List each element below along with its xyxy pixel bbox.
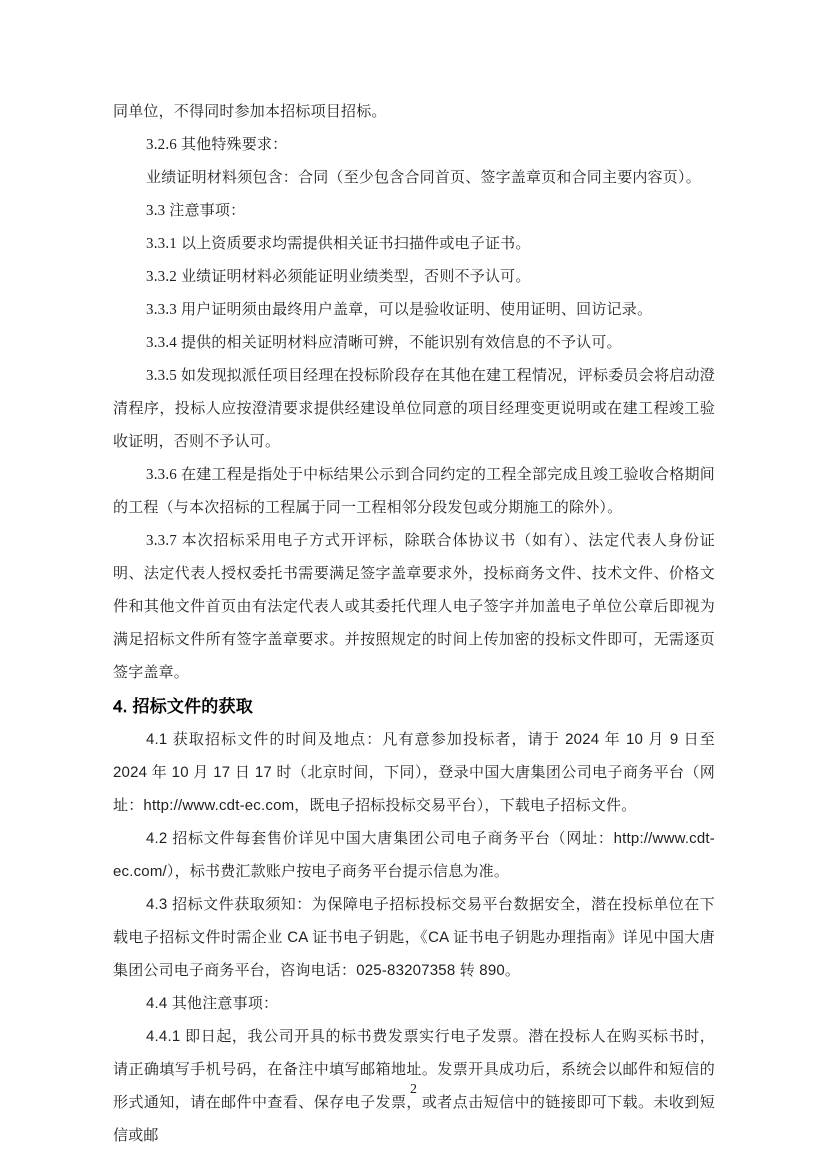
- para-3-3-5: 3.3.5 如发现拟派任项目经理在投标阶段存在其他在建工程情况，评标委员会将启动…: [113, 360, 715, 459]
- para-3-3: 3.3 注意事项：: [113, 195, 715, 228]
- para-3-3-7: 3.3.7 本次招标采用电子方式开评标，除联合体协议书（如有）、法定代表人身份证…: [113, 525, 715, 690]
- para-3-2-6-note: 业绩证明材料须包含：合同（至少包含合同首页、签字盖章页和合同主要内容页）。: [113, 162, 715, 195]
- para-3-3-6: 3.3.6 在建工程是指处于中标结果公示到合同约定的工程全部完成且竣工验收合格期…: [113, 459, 715, 525]
- para-3-3-3: 3.3.3 用户证明须由最终用户盖章，可以是验收证明、使用证明、回访记录。: [113, 294, 715, 327]
- page-number: 2: [0, 1080, 827, 1100]
- para-3-2-6: 3.2.6 其他特殊要求：: [113, 129, 715, 162]
- para-4-2: 4.2 招标文件每套售价详见中国大唐集团公司电子商务平台（网址：http://w…: [113, 822, 715, 888]
- document-page: 同单位，不得同时参加本招标项目招标。 3.2.6 其他特殊要求： 业绩证明材料须…: [0, 0, 827, 1169]
- para-3-2-5-continuation: 同单位，不得同时参加本招标项目招标。: [113, 96, 715, 129]
- para-3-3-2: 3.3.2 业绩证明材料必须能证明业绩类型，否则不予认可。: [113, 261, 715, 294]
- para-4-4: 4.4 其他注意事项：: [113, 987, 715, 1020]
- section-4-heading: 4. 招标文件的获取: [113, 690, 715, 723]
- para-4-3: 4.3 招标文件获取须知：为保障电子招标投标交易平台数据安全，潜在投标单位在下载…: [113, 888, 715, 987]
- para-4-1: 4.1 获取招标文件的时间及地点：凡有意参加投标者，请于 2024 年 10 月…: [113, 723, 715, 822]
- document-body: 同单位，不得同时参加本招标项目招标。 3.2.6 其他特殊要求： 业绩证明材料须…: [113, 96, 715, 1152]
- para-3-3-4: 3.3.4 提供的相关证明材料应清晰可辨，不能识别有效信息的不予认可。: [113, 327, 715, 360]
- para-3-3-1: 3.3.1 以上资质要求均需提供相关证书扫描件或电子证书。: [113, 228, 715, 261]
